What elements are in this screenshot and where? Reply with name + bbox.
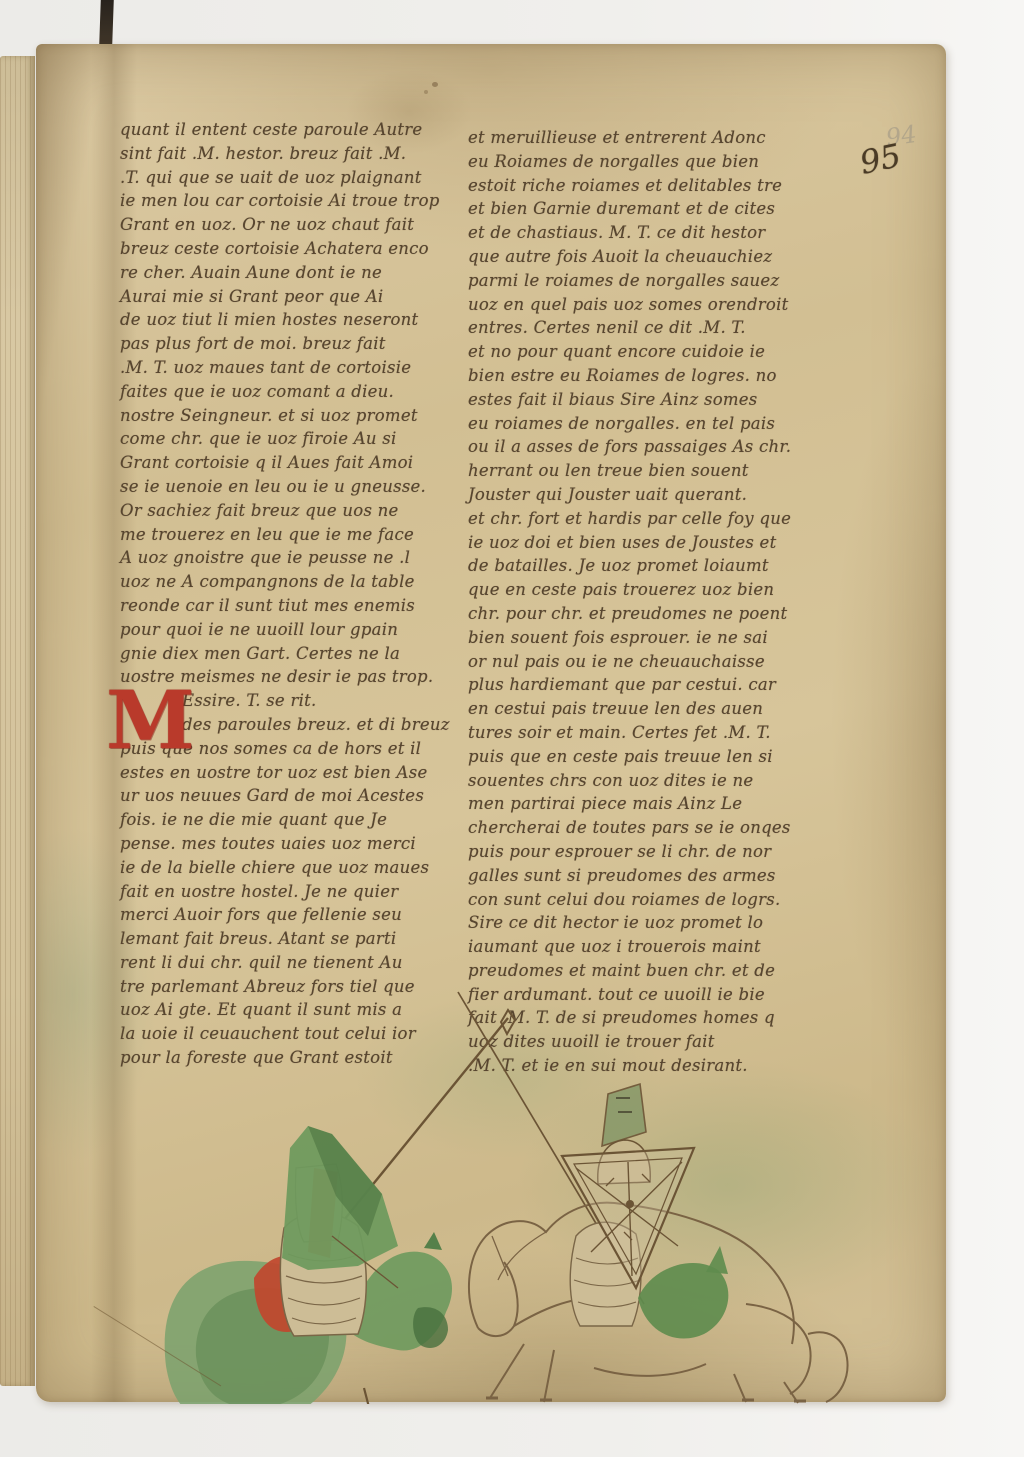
text-line: uoz en quel pais uoz somes orendroit [468,293,840,317]
text-line: puis pour esprouer se li chr. de nor [468,840,840,864]
left-column: M quant il entent ceste paroule Autresin… [120,118,450,1070]
text-line: Grant cortoisie q il Aues fait Amoi [120,451,450,475]
text-line: et no pour quant encore cuidoie ie [468,340,840,364]
text-line: chr. pour chr. et preudomes ne poent [468,602,840,626]
text-line: quant il entent ceste paroule Autre [120,118,450,142]
text-line: re cher. Auain Aune dont ie ne [120,261,450,285]
text-line: et bien Garnie duremant et de cites [468,197,840,221]
text-line: ie de la bielle chiere que uoz maues [120,856,450,880]
text-line: Sire ce dit hector ie uoz promet lo [468,911,840,935]
text-line: estes fait il biaus Sire Ainz somes [468,388,840,412]
text-line: se ie uenoie en leu ou ie u gneusse. [120,475,450,499]
text-line: et meruillieuse et entrerent Adonc [468,126,840,150]
text-line: fois. ie ne die mie quant que Je [120,808,450,832]
text-line: pense. mes toutes uaies uoz merci [120,832,450,856]
text-line: souentes chrs con uoz dites ie ne [468,769,840,793]
text-line: merci Auoir fors que fellenie seu [120,903,450,927]
text-line: uoz ne A compangnons de la table [120,570,450,594]
text-line: et chr. fort et hardis par celle foy que [468,507,840,531]
text-line: sint fait .M. hestor. breuz fait .M. [120,142,450,166]
decorated-initial: M [106,681,195,759]
text-line: con sunt celui dou roiames de logrs. [468,888,840,912]
folio-number-ink: 95 [856,136,904,182]
text-line: entres. Certes nenil ce dit .M. T. [468,316,840,340]
text-line: de uoz tiut li mien hostes neseront [120,308,450,332]
manuscript-scan: 94 95 M quant il entent ceste paroule Au… [0,0,1024,1457]
knights-illustration [46,936,946,1404]
text-line: ur uos neuues Gard de moi Acestes [120,784,450,808]
text-line: ie uoz doi et bien uses de Joustes et [468,531,840,555]
text-line: bien estre eu Roiames de logres. no [468,364,840,388]
text-line: fait en uostre hostel. Je ne quier [120,880,450,904]
ink-speck [424,90,428,94]
book-edge-strip [0,56,35,1386]
text-line: pour quoi ie ne uuoill lour gpain [120,618,450,642]
text-line: plus hardiemant que par cestui. car [468,673,840,697]
ink-speck [432,82,438,87]
text-line: men partirai piece mais Ainz Le [468,792,840,816]
text-line: chercherai de toutes pars se ie onqes [468,816,840,840]
text-line: tures soir et main. Certes fet .M. T. [468,721,840,745]
text-line: en cestui pais treuue len des auen [468,697,840,721]
text-line: galles sunt si preudomes des armes [468,864,840,888]
text-line: or nul pais ou ie ne cheuauchaisse [468,650,840,674]
text-line: breuz ceste cortoisie Achatera enco [120,237,450,261]
text-line: estoit riche roiames et delitables tre [468,174,840,198]
text-line: Aurai mie si Grant peor que Ai [120,285,450,309]
text-line: que autre fois Auoit la cheuauchiez [468,245,840,269]
text-line: come chr. que ie uoz firoie Au si [120,427,450,451]
text-line: et de chastiaus. M. T. ce dit hestor [468,221,840,245]
text-line: que en ceste pais trouerez uoz bien [468,578,840,602]
text-line: ie men lou car cortoisie Ai troue trop [120,189,450,213]
text-line: gnie diex men Gart. Certes ne la [120,642,450,666]
parchment-page: 94 95 M quant il entent ceste paroule Au… [36,44,946,1402]
left-knight [162,1010,515,1404]
text-line: me trouerez en leu que ie me face [120,523,450,547]
text-line: parmi le roiames de norgalles sauez [468,269,840,293]
text-line: eu roiames de norgalles. en tel pais [468,412,840,436]
text-line: puis que en ceste pais treuue len si [468,745,840,769]
right-knight [458,992,848,1403]
text-line: .M. T. uoz maues tant de cortoisie [120,356,450,380]
text-line: Or sachiez fait breuz que uos ne [120,499,450,523]
text-line: pas plus fort de moi. breuz fait [120,332,450,356]
text-line: nostre Seingneur. et si uoz promet [120,404,450,428]
text-line: Jouster qui Jouster uait querant. [468,483,840,507]
text-line: reonde car il sunt tiut mes enemis [120,594,450,618]
text-line: .T. qui que se uait de uoz plaignant [120,166,450,190]
text-line: Grant en uoz. Or ne uoz chaut fait [120,213,450,237]
text-line: faites que ie uoz comant a dieu. [120,380,450,404]
text-line: A uoz gnoistre que ie peusse ne .l [120,546,450,570]
text-line: de batailles. Je uoz promet loiaumt [468,554,840,578]
text-line: ou il a asses de fors passaiges As chr. [468,435,840,459]
text-line: bien souent fois esprouer. ie ne sai [468,626,840,650]
text-line: herrant ou len treue bien souent [468,459,840,483]
text-line: eu Roiames de norgalles que bien [468,150,840,174]
